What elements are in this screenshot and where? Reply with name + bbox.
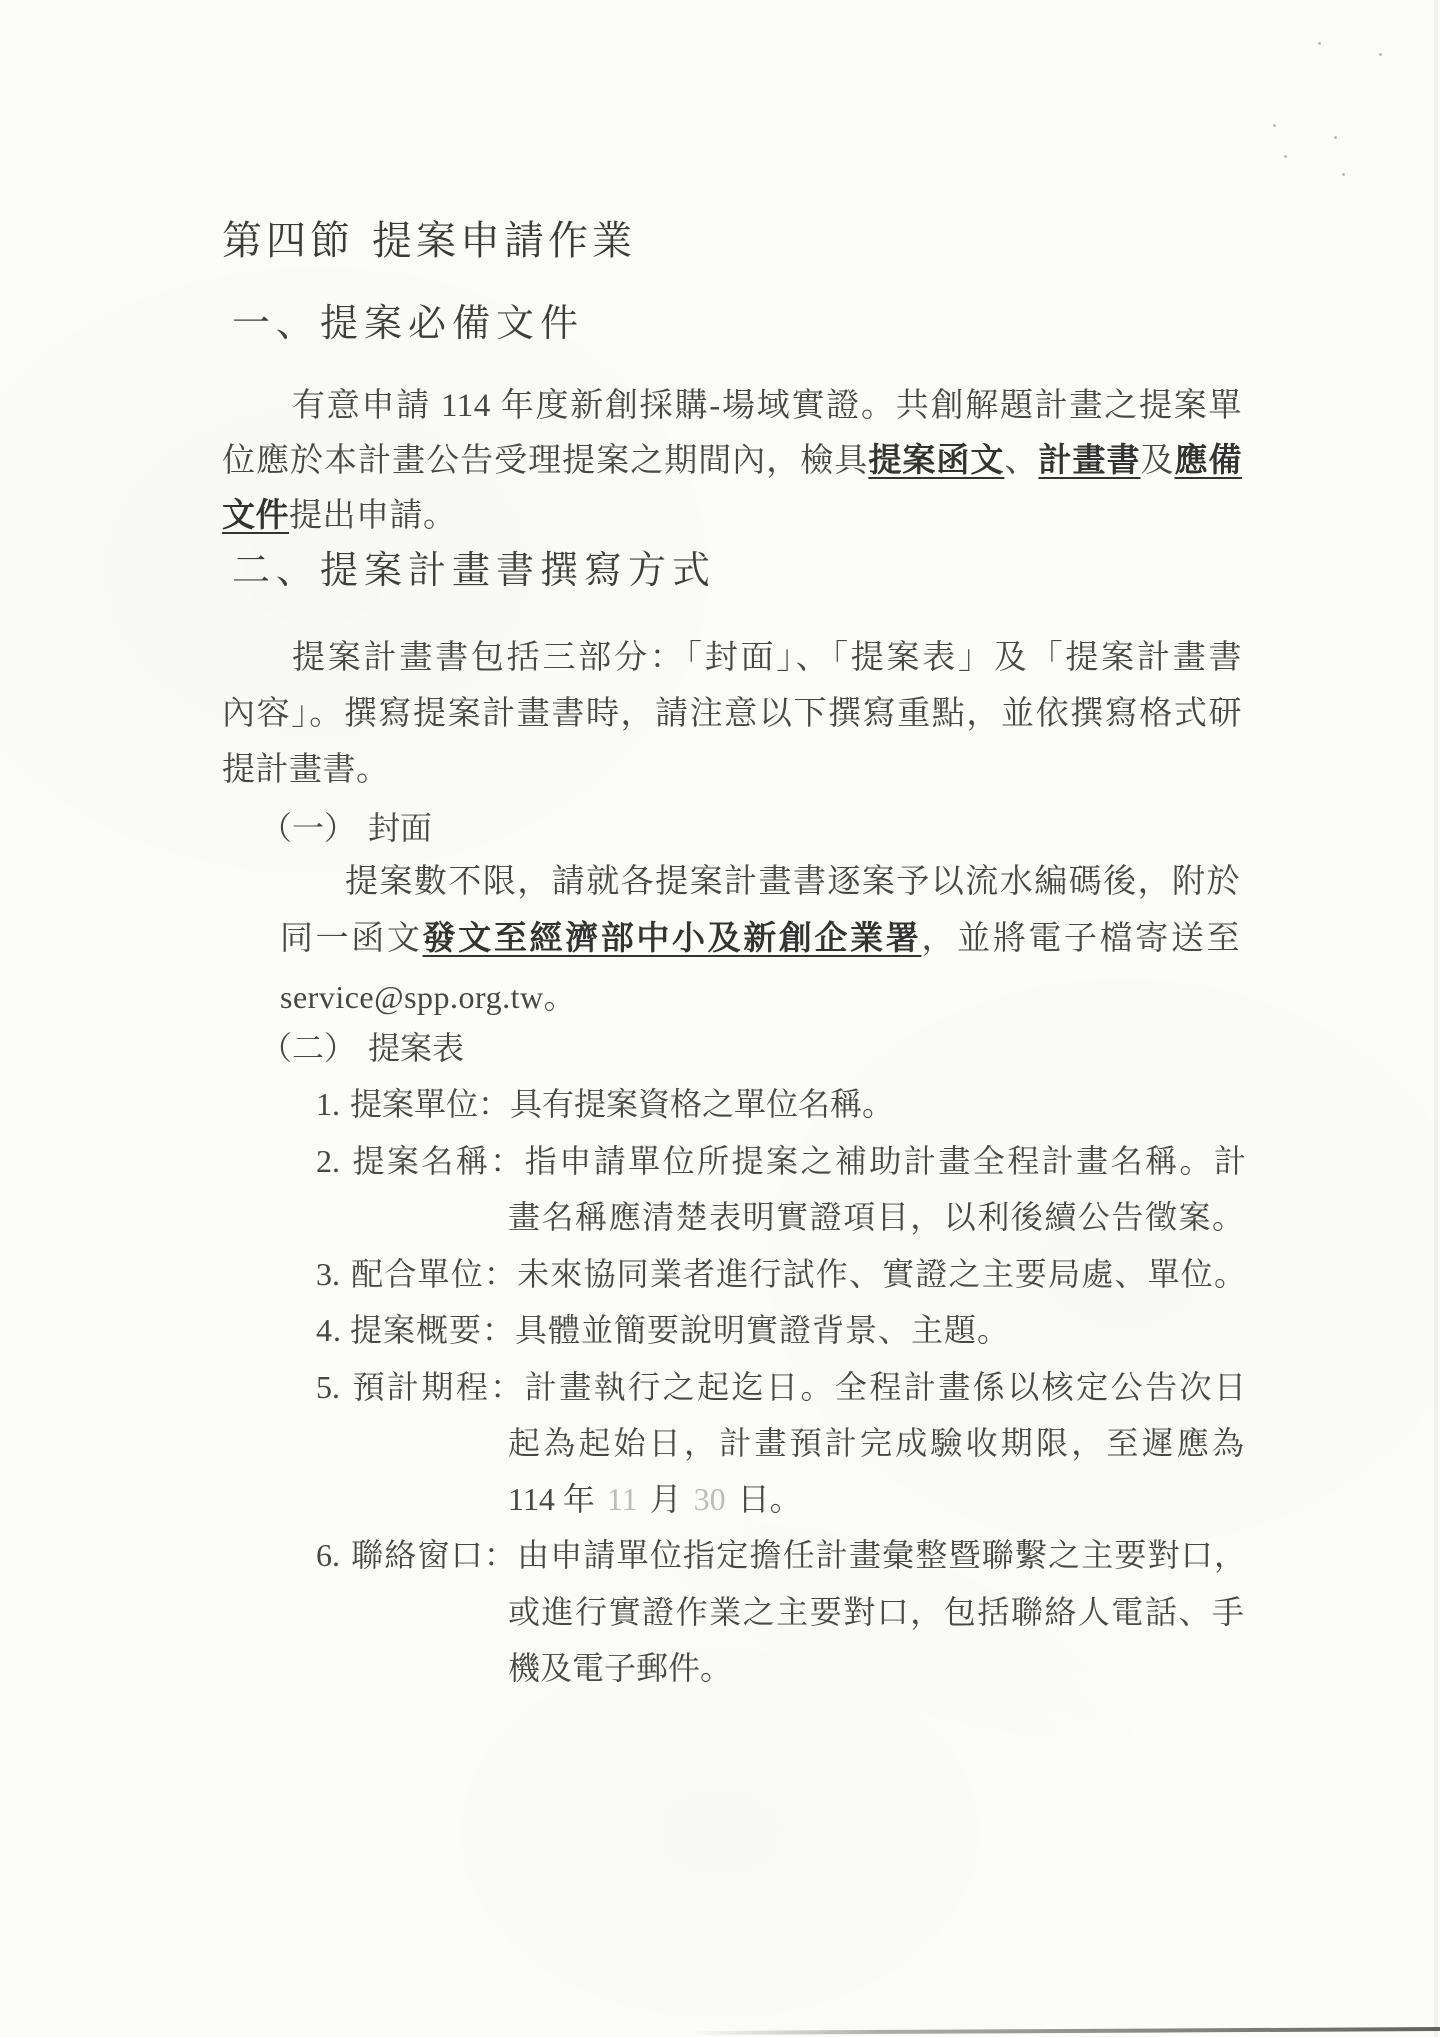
paragraph-text: 提出申請。 (289, 498, 457, 534)
scanned-document-page: 第四節提案申請作業 一、提案必備文件 有意申請 114 年度新創採購-場域實證。… (0, 0, 1440, 2037)
list-item-text: 配合單位：未來協同業者進行試作、實證之主要局處、單位。 (350, 1256, 1246, 1292)
paragraph-2-line-2: 內容」。撰寫提案計畫書時，請注意以下撰寫重點，並依撰寫格式研 (222, 694, 1242, 735)
cover-paragraph-line-1: 提案數不限，請就各提案計畫書逐案予以流水編碼後，附於 (345, 862, 1240, 903)
heading-1: 一、提案必備文件 (232, 301, 584, 349)
subsection-1-label: 封面 (368, 810, 432, 846)
list-item-number: 3. (316, 1254, 350, 1294)
paragraph-text: ，並將電子檔寄送至 (921, 921, 1240, 957)
list-item-number: 5. (316, 1367, 350, 1407)
paragraph-text: 、 (1004, 443, 1038, 479)
paragraph-1-line-3: 文件提出申請。 (222, 496, 457, 537)
section-title: 第四節提案申請作業 (222, 216, 636, 266)
scan-speck (1379, 53, 1382, 56)
date-year: 114 年 (508, 1481, 595, 1517)
list-item-text: 提案概要：具體並簡要說明實證背景、主題。 (350, 1312, 1010, 1348)
list-item-text: 提案單位：具有提案資格之單位名稱。 (350, 1086, 894, 1122)
subsection-1-heading: （一）封面 (260, 808, 432, 848)
scan-speck (1318, 42, 1321, 45)
list-item-number: 1. (316, 1084, 350, 1124)
list-item-6-line-2: 或進行實證作業之主要對口，包括聯絡人電話、手 (508, 1592, 1244, 1632)
list-item-4: 4.提案概要：具體並簡要說明實證背景、主題。 (316, 1310, 1010, 1350)
date-month-label: 月 (650, 1481, 682, 1517)
scan-speck (1342, 173, 1345, 176)
scan-speck (1273, 124, 1276, 127)
paragraph-text: 同一函文 (280, 921, 423, 957)
list-item-number: 6. (316, 1535, 350, 1575)
list-item-number: 2. (316, 1141, 350, 1181)
date-month-faded: 11 (607, 1481, 638, 1517)
scan-speck (1284, 155, 1287, 158)
paragraph-text: 及 (1141, 443, 1175, 479)
list-item-5-line-1: 5.預計期程：計畫執行之起迄日。全程計畫係以核定公告次日 (316, 1367, 1246, 1407)
underlined-term: 提案函文 (868, 443, 1004, 479)
section-number: 第四節 (222, 218, 354, 263)
list-item-5-line-3: 114 年11月30日。 (508, 1479, 802, 1519)
list-item-2-line-2: 畫名稱應清楚表明實證項目，以利後續公告徵案。 (508, 1197, 1244, 1237)
date-day-label: 日。 (738, 1481, 802, 1517)
list-item-5-line-2: 起為起始日，計畫預計完成驗收期限，至遲應為 (508, 1423, 1244, 1463)
list-item-number: 4. (316, 1310, 350, 1350)
subsection-2-heading: （二）提案表 (260, 1028, 464, 1068)
list-item-3: 3.配合單位：未來協同業者進行試作、實證之主要局處、單位。 (316, 1254, 1246, 1294)
underlined-term: 計畫書 (1038, 443, 1140, 479)
section-title-text: 提案申請作業 (372, 218, 636, 263)
list-item-6-line-3: 機及電子郵件。 (508, 1648, 732, 1688)
email-address: service@spp.org.tw。 (280, 977, 576, 1017)
scan-speck (1334, 136, 1337, 139)
list-item-6-line-1: 6.聯絡窗口：由申請單位指定擔任計畫彙整暨聯繫之主要對口， (316, 1535, 1246, 1575)
date-day-faded: 30 (694, 1481, 726, 1517)
paragraph-1-line-2: 位應於本計畫公告受理提案之期間內，檢具提案函文、計畫書及應備 (222, 441, 1242, 482)
list-item-2-line-1: 2.提案名稱：指申請單位所提案之補助計畫全程計畫名稱。計 (316, 1141, 1246, 1181)
scan-bottom-edge-line (692, 2027, 1440, 2035)
cover-paragraph-line-2: 同一函文發文至經濟部中小及新創企業署，並將電子檔寄送至 (280, 919, 1240, 960)
subsection-2-marker: （二） (260, 1030, 356, 1066)
scan-right-edge-shadow (1434, 0, 1438, 2037)
paragraph-text: 位應於本計畫公告受理提案之期間內，檢具 (222, 443, 868, 479)
list-item-text: 聯絡窗口：由申請單位指定擔任計畫彙整暨聯繫之主要對口， (350, 1537, 1246, 1573)
subsection-1-marker: （一） (260, 810, 356, 846)
paragraph-2-line-1: 提案計畫書包括三部分：「封面」、「提案表」及「提案計畫書 (292, 638, 1242, 679)
list-item-text: 預計期程：計畫執行之起迄日。全程計畫係以核定公告次日 (350, 1369, 1246, 1405)
paragraph-2-line-3: 提計畫書。 (222, 750, 390, 791)
underlined-term: 文件 (222, 498, 289, 534)
paragraph-1-line-1: 有意申請 114 年度新創採購-場域實證。共創解題計畫之提案單 (292, 386, 1242, 427)
list-item-text: 提案名稱：指申請單位所提案之補助計畫全程計畫名稱。計 (350, 1143, 1246, 1179)
underlined-term: 應備 (1175, 443, 1243, 479)
list-item-1: 1.提案單位：具有提案資格之單位名稱。 (316, 1084, 894, 1124)
underlined-term: 發文至經濟部中小及新創企業署 (423, 921, 922, 957)
heading-2: 二、提案計畫書撰寫方式 (232, 548, 716, 596)
subsection-2-label: 提案表 (368, 1030, 464, 1066)
